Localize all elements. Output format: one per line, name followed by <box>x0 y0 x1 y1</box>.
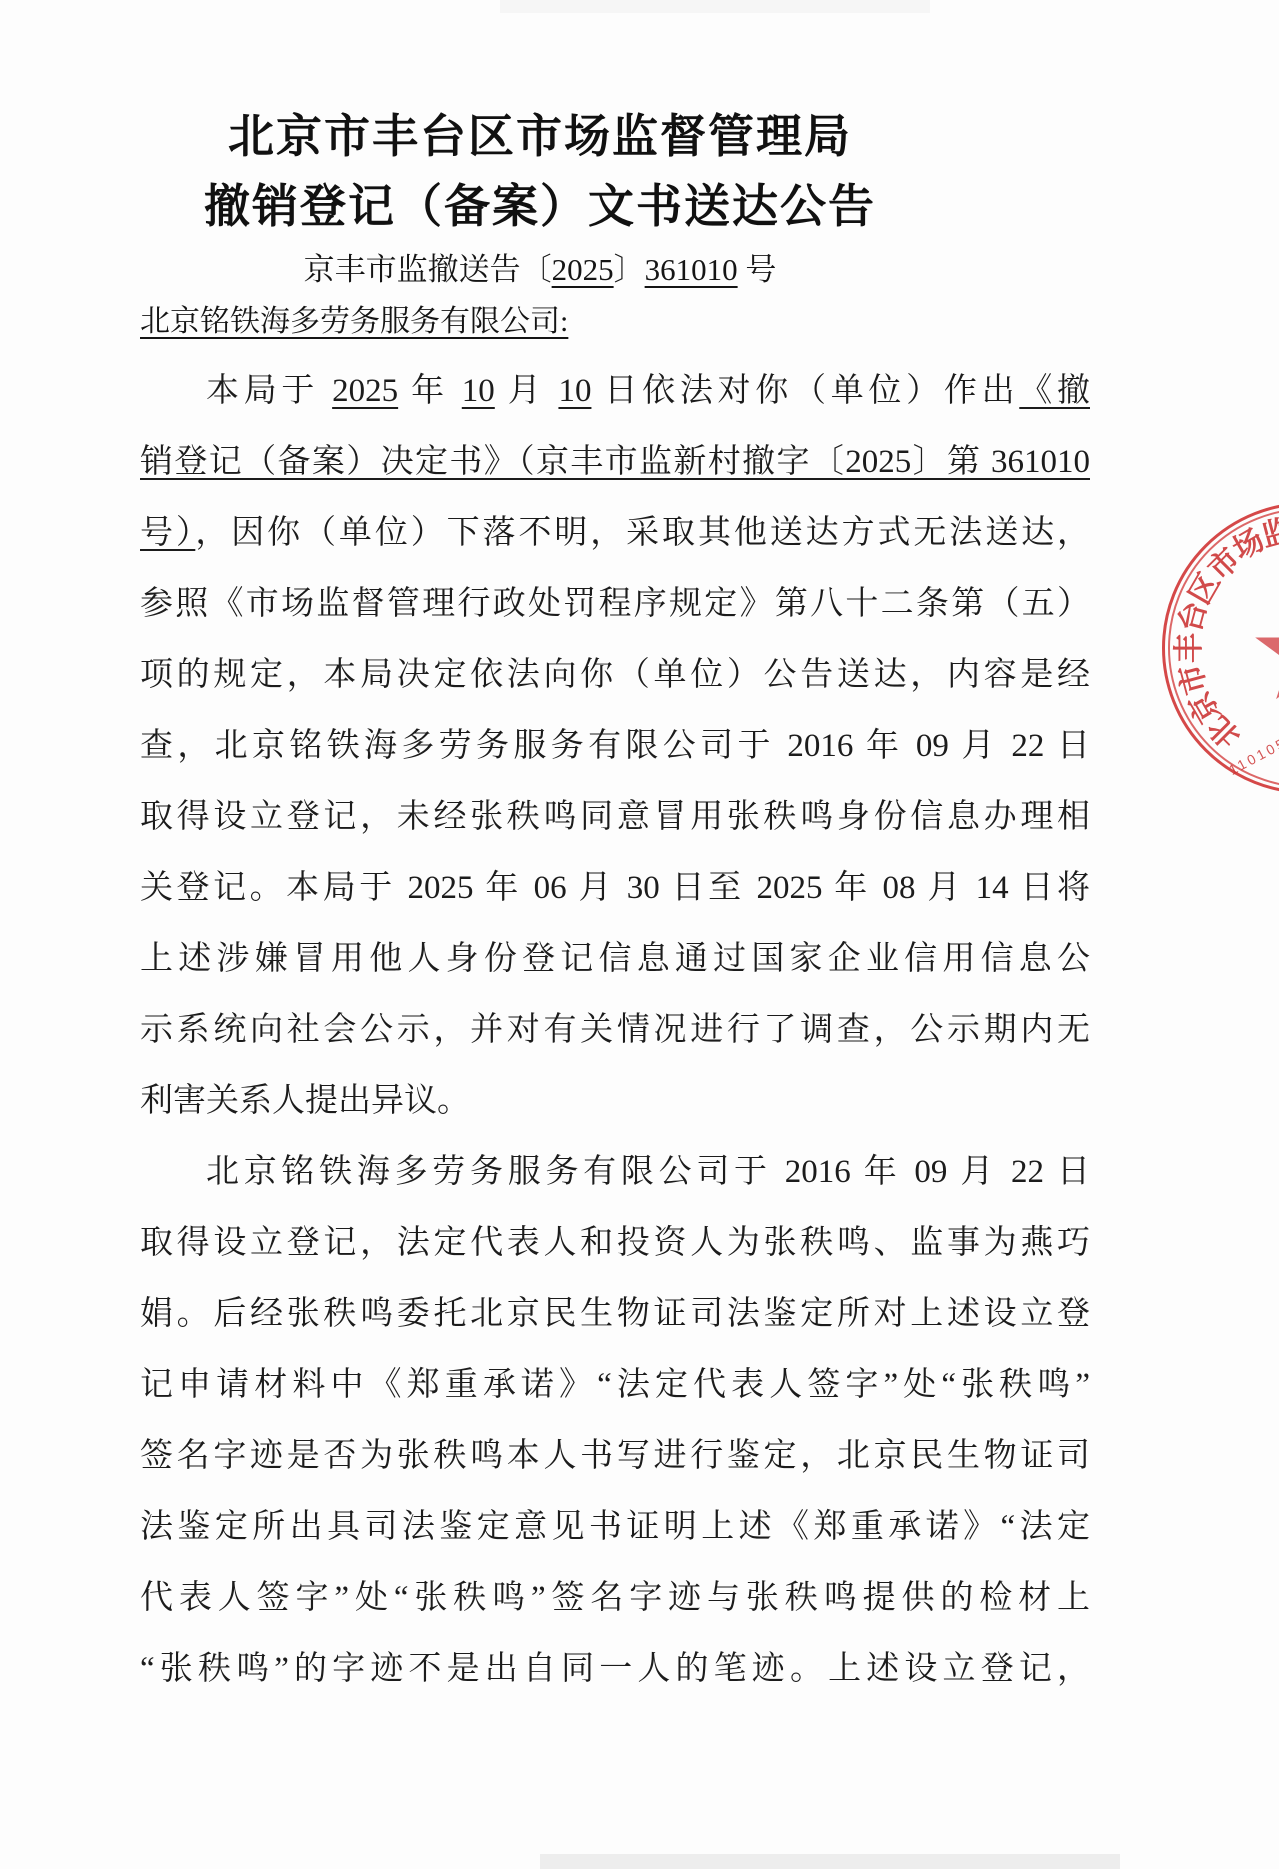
text-run: 本局于 <box>206 373 332 409</box>
document-body: 本局于 2025 年 10 月 10 日依法对你（单位）作出《撤销登记（备案）决… <box>140 356 1090 1705</box>
text-run: ，因你（单位）下落不明，采取其他送达方式无法送达， <box>195 515 1090 551</box>
text-run: 〕 <box>614 252 645 287</box>
text-run: 取得设立登记，未经张秩鸣同意冒用张秩鸣身份信息办理相 <box>140 799 1090 835</box>
document-title-line1: 北京市丰台区市场监督管理局 <box>140 106 940 166</box>
text-run: “张秩鸣”的字迹不是出自同一人的笔迹。上述设立登记， <box>140 1651 1090 1687</box>
text-run: 法鉴定所出具司法鉴定意见书证明上述《郑重承诺》“法定 <box>140 1509 1090 1545</box>
body-line: 参照《市场监督管理行政处罚程序规定》第八十二条第（五） <box>140 569 1090 640</box>
body-line: 取得设立登记，法定代表人和投资人为张秩鸣、监事为燕巧 <box>140 1208 1090 1279</box>
scan-artifact-top <box>500 0 930 13</box>
body-line: 销登记（备案）决定书》（京丰市监新村撤字〔2025〕第 361010 <box>140 427 1090 498</box>
text-run: 号 <box>738 252 777 287</box>
text-run: 利害关系人提出异议。 <box>140 1083 470 1119</box>
body-line: 北京铭铁海多劳务服务有限公司于 2016 年 09 月 22 日 <box>140 1137 1090 1208</box>
body-line: 利害关系人提出异议。 <box>140 1066 1090 1137</box>
underlined-text: 10 <box>462 373 495 409</box>
body-line: 上述涉嫌冒用他人身份登记信息通过国家企业信用信息公 <box>140 924 1090 995</box>
body-line: 号），因你（单位）下落不明，采取其他送达方式无法送达， <box>140 498 1090 569</box>
text-run: 京丰市监撤送告〔 <box>304 252 552 287</box>
body-line: 娟。后经张秩鸣委托北京民生物证司法鉴定所对上述设立登 <box>140 1279 1090 1350</box>
text-run: 娟。后经张秩鸣委托北京民生物证司法鉴定所对上述设立登 <box>140 1296 1090 1332</box>
body-line: “张秩鸣”的字迹不是出自同一人的笔迹。上述设立登记， <box>140 1634 1090 1705</box>
text-run: 参照《市场监督管理行政处罚程序规定》第八十二条第（五） <box>140 586 1090 622</box>
text-run: 取得设立登记，法定代表人和投资人为张秩鸣、监事为燕巧 <box>140 1225 1090 1261</box>
underlined-text: 2025 <box>332 373 398 409</box>
underlined-text: 10 <box>558 373 591 409</box>
body-line: 示系统向社会公示，并对有关情况进行了调查，公示期内无 <box>140 995 1090 1066</box>
body-line: 签名字迹是否为张秩鸣本人书写进行鉴定，北京民生物证司 <box>140 1421 1090 1492</box>
text-run: 项的规定，本局决定依法向你（单位）公告送达，内容是经 <box>140 657 1090 693</box>
underlined-text: 号） <box>140 515 195 551</box>
body-line: 查，北京铭铁海多劳务服务有限公司于 2016 年 09 月 22 日 <box>140 711 1090 782</box>
seal-arc-char: 丰 <box>1164 633 1208 663</box>
text-run: 查，北京铭铁海多劳务服务有限公司于 2016 年 09 月 22 日 <box>140 728 1090 764</box>
text-run: 记申请材料中《郑重承诺》“法定代表人签字”处“张秩鸣” <box>140 1367 1090 1403</box>
text-run: 上述涉嫌冒用他人身份登记信息通过国家企业信用信息公 <box>140 941 1090 977</box>
body-line: 法鉴定所出具司法鉴定意见书证明上述《郑重承诺》“法定 <box>140 1492 1090 1563</box>
document-number: 京丰市监撤送告〔2025〕361010 号 <box>140 250 940 290</box>
body-line: 关登记。本局于 2025 年 06 月 30 日至 2025 年 08 月 14… <box>140 853 1090 924</box>
body-line: 取得设立登记，未经张秩鸣同意冒用张秩鸣身份信息办理相 <box>140 782 1090 853</box>
body-line: 代表人签字”处“张秩鸣”签名字迹与张秩鸣提供的检材上 <box>140 1563 1090 1634</box>
body-line: 项的规定，本局决定依法向你（单位）公告送达，内容是经 <box>140 640 1090 711</box>
text-run: 签名字迹是否为张秩鸣本人书写进行鉴定，北京民生物证司 <box>140 1438 1090 1474</box>
text-run: 代表人签字”处“张秩鸣”签名字迹与张秩鸣提供的检材上 <box>140 1580 1090 1616</box>
body-line: 本局于 2025 年 10 月 10 日依法对你（单位）作出《撤 <box>140 356 1090 427</box>
body-line: 记申请材料中《郑重承诺》“法定代表人签字”处“张秩鸣” <box>140 1350 1090 1421</box>
text-run: 月 <box>495 373 559 409</box>
underlined-text: 北京铭铁海多劳务服务有限公司: <box>140 305 568 338</box>
text-run: 北京铭铁海多劳务服务有限公司于 2016 年 09 月 22 日 <box>206 1154 1090 1190</box>
underlined-text: 361010 <box>645 252 738 287</box>
underlined-text: 《撤 <box>1019 373 1090 409</box>
document-page: 北京市丰台区市场监督管理局 撤销登记（备案）文书送达公告 京丰市监撤送告〔202… <box>0 0 1279 1869</box>
addressee-line: 北京铭铁海多劳务服务有限公司: <box>140 300 1090 344</box>
text-run: 示系统向社会公示，并对有关情况进行了调查，公示期内无 <box>140 1012 1090 1048</box>
underlined-text: 销登记（备案）决定书》（京丰市监新村撤字〔2025〕第 361010 <box>140 444 1090 480</box>
underlined-text: 2025 <box>552 252 614 287</box>
scan-artifact-bottom <box>540 1854 1120 1869</box>
text-run: 年 <box>398 373 462 409</box>
text-run: 关登记。本局于 2025 年 06 月 30 日至 2025 年 08 月 14… <box>140 870 1090 906</box>
official-seal: 北京市丰台区市场监督管理局 110105 <box>1162 502 1279 794</box>
document-title-line2: 撤销登记（备案）文书送达公告 <box>140 176 940 236</box>
text-run: 日依法对你（单位）作出 <box>591 373 1019 409</box>
